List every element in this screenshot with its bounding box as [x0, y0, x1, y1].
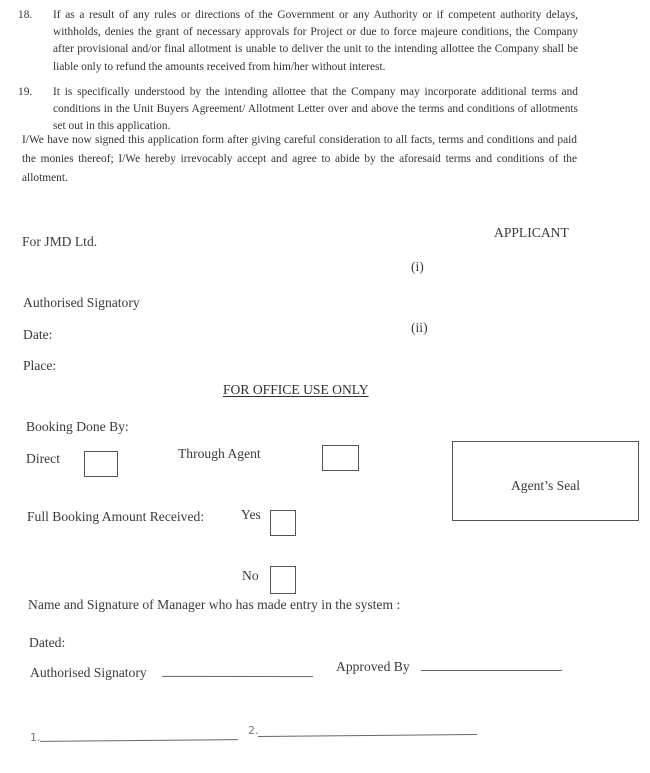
authorised-signatory-label: Authorised Signatory	[23, 295, 140, 311]
clause-19: 19. It is specifically understood by the…	[18, 84, 578, 136]
no-checkbox[interactable]	[270, 566, 296, 594]
company-name-label: For JMD Ltd.	[22, 234, 97, 250]
witness-2-number: 2.	[248, 724, 259, 737]
place-label: Place:	[23, 358, 56, 374]
agents-seal-label: Agent’s Seal	[453, 478, 638, 494]
booking-done-by-label: Booking Done By:	[26, 419, 129, 435]
through-agent-label: Through Agent	[178, 446, 261, 462]
office-use-heading: FOR OFFICE USE ONLY	[223, 382, 369, 398]
declaration-text: I/We have now signed this application fo…	[22, 131, 577, 188]
clause-number: 19.	[18, 84, 48, 101]
no-label: No	[242, 568, 259, 584]
approved-by-label: Approved By	[336, 659, 410, 675]
direct-label: Direct	[26, 451, 60, 467]
applicant-1-label: (i)	[411, 259, 424, 275]
witness-1-number: 1.	[30, 731, 41, 744]
witness-1-line[interactable]	[40, 739, 238, 742]
yes-checkbox[interactable]	[270, 510, 296, 536]
clause-18: 18. If as a result of any rules or direc…	[18, 7, 578, 76]
direct-checkbox[interactable]	[84, 451, 118, 477]
approved-by-line[interactable]	[421, 670, 562, 671]
office-authorised-signatory-label: Authorised Signatory	[30, 665, 147, 681]
witness-2-line[interactable]	[258, 734, 477, 737]
clause-text: It is specifically understood by the int…	[53, 84, 578, 136]
clause-text: If as a result of any rules or direction…	[53, 7, 578, 76]
authorised-signatory-line[interactable]	[162, 676, 313, 677]
manager-entry-label: Name and Signature of Manager who has ma…	[28, 597, 400, 613]
agents-seal-box: Agent’s Seal	[452, 441, 639, 521]
date-label: Date:	[23, 327, 52, 343]
dated-label: Dated:	[29, 635, 65, 651]
applicant-heading: APPLICANT	[494, 225, 569, 241]
applicant-2-label: (ii)	[411, 320, 428, 336]
yes-label: Yes	[241, 507, 261, 523]
through-agent-checkbox[interactable]	[322, 445, 359, 471]
full-booking-amount-label: Full Booking Amount Received:	[27, 509, 204, 525]
clause-number: 18.	[18, 7, 48, 24]
